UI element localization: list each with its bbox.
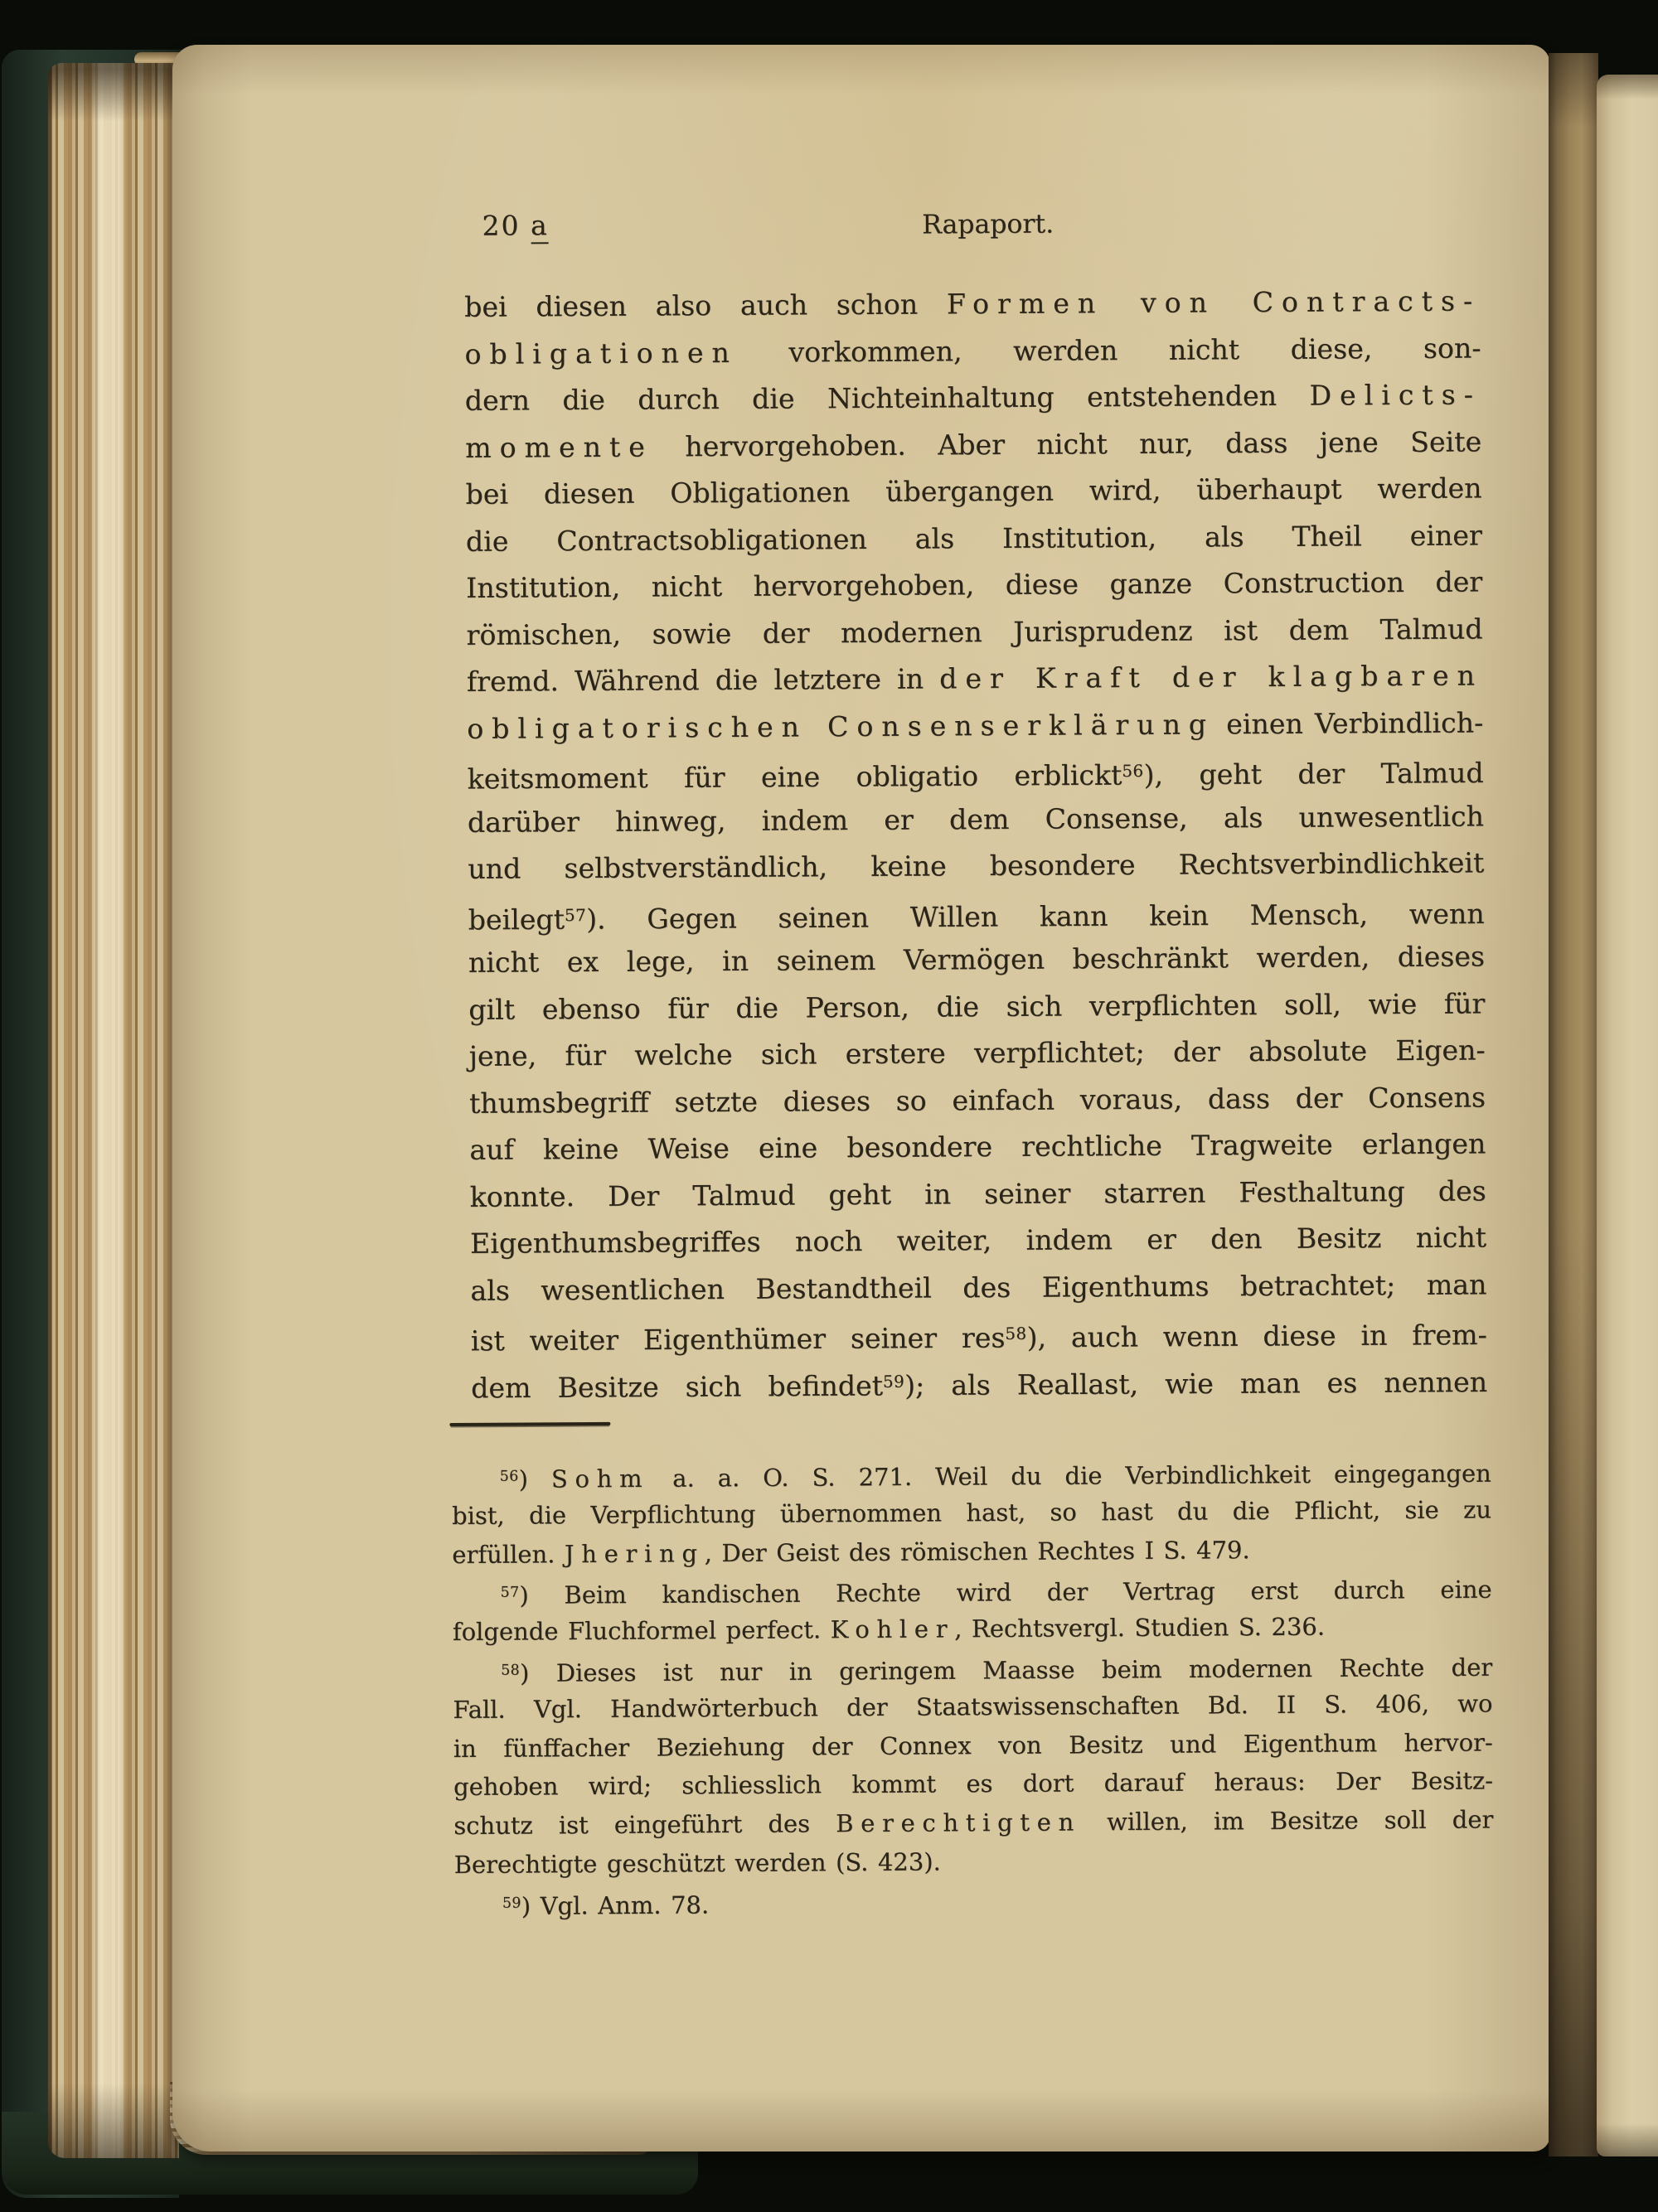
text-segment: gilt ebenso für die Person, die sich ver… <box>468 987 1485 1025</box>
text-segment: schutz ist eingeführt des <box>453 1809 836 1840</box>
text-segment: beilegt <box>468 903 565 936</box>
footnote-line: bist, die Verpflichtung übernommen hast,… <box>452 1490 1491 1535</box>
body-text-line: dern die durch die Nichteinhaltung entst… <box>465 371 1481 424</box>
body-text-line: darüber hinweg, indem er dem Consense, a… <box>468 793 1484 846</box>
page-number: 20 a <box>482 209 548 241</box>
text-segment: fremd. Während die letztere in <box>467 662 940 697</box>
letterspaced-text: der Kraft der klagbaren <box>939 659 1483 695</box>
footnote-ref: 56 <box>1122 762 1143 781</box>
footnote-ref: 57 <box>501 1585 520 1601</box>
text-segment: ); als Reallast, wie man es nennen <box>904 1365 1487 1401</box>
next-page-edge <box>1597 75 1658 2156</box>
footnote-line: 59) Vgl. Anm. 78. <box>454 1878 1494 1923</box>
footnote-ref: 58 <box>1005 1324 1026 1343</box>
text-segment: dem Besitze sich befindet <box>471 1369 883 1404</box>
text-segment: folgende Fluchformel perfect. <box>453 1615 831 1646</box>
text-segment: vorkommen, werden nicht diese, son- <box>738 332 1481 368</box>
body-text-line: dem Besitze sich befindet59); als Realla… <box>471 1355 1487 1408</box>
body-text-line: bei diesen also auch schon Formen von Co… <box>464 278 1481 331</box>
body-text-line: fremd. Während die letztere in der Kraft… <box>467 652 1483 705</box>
footnote-line: 57) Beim kandischen Rechte wird der Vert… <box>452 1568 1491 1613</box>
text-segment: jene, für welche sich erstere verpflicht… <box>469 1033 1486 1072</box>
text-segment: ist weiter Eigenthümer seiner res <box>471 1321 1006 1357</box>
body-text-line: und selbstverständlich, keine besondere … <box>468 840 1484 893</box>
letterspaced-text: Kohler <box>831 1615 955 1644</box>
body-text-line: als wesentlichen Bestandtheil des Eigent… <box>470 1261 1486 1314</box>
footnote-line: Berechtigte geschützt werden (S. 423). <box>454 1839 1494 1884</box>
text-segment: a. a. O. S. 271. Weil du die Verbindlich… <box>649 1459 1491 1493</box>
running-title: Rapaport. <box>922 210 1054 240</box>
footnote-line: erfüllen. Jhering, Der Geist des römisch… <box>452 1529 1491 1574</box>
footnote-line: Fall. Vgl. Handwörterbuch der Staatswiss… <box>453 1684 1492 1729</box>
body-text-line: momente hervorgehoben. Aber nicht nur, d… <box>465 419 1481 472</box>
letterspaced-text: Formen von Contracts- <box>947 284 1481 320</box>
letterspaced-text: momente <box>465 430 653 463</box>
text-segment: römischen, sowie der modernen Jurisprude… <box>466 612 1482 651</box>
text-segment: thumsbegriff setzte dieses so einfach vo… <box>469 1081 1486 1119</box>
text-segment: keitsmoment für eine obligatio erblickt <box>468 759 1122 796</box>
text-segment: Institution, nicht hervorgehoben, diese … <box>466 565 1482 603</box>
text-segment: Berechtigte geschützt werden (S. 423). <box>454 1847 941 1879</box>
body-text-line: gilt ebenso für die Person, die sich ver… <box>468 980 1485 1033</box>
body-text-line: beilegt57). Gegen seinen Willen kann kei… <box>468 887 1484 940</box>
body-text-line: obligationen vorkommen, werden nicht die… <box>464 325 1481 378</box>
text-segment: , Der Geist des römischen Rechtes I S. 4… <box>705 1536 1250 1567</box>
letterspaced-text: Jhering <box>565 1539 705 1568</box>
text-segment: die Contractsobligationen als Institutio… <box>466 519 1482 557</box>
footnote-line: schutz ist eingeführt des Berechtigten w… <box>453 1801 1493 1846</box>
letterspaced-text: obligationen <box>464 336 738 370</box>
text-segment: in fünffacher Beziehung der Connex von B… <box>453 1728 1493 1763</box>
text-segment: konnte. Der Talmud geht in seiner starre… <box>470 1174 1486 1212</box>
book-gutter <box>1549 53 1598 2156</box>
text-segment: willen, im Besitze soll der <box>1081 1806 1494 1837</box>
footnote-line: 58) Dieses ist nur in geringem Maasse be… <box>453 1645 1492 1690</box>
body-text-line: auf keine Weise eine besondere rechtlich… <box>469 1121 1486 1174</box>
footnote-ref: 57 <box>565 906 586 925</box>
text-segment: , Rechtsvergl. Studien S. 236. <box>954 1613 1325 1643</box>
footnote-line: 56) Sohm a. a. O. S. 271. Weil du die Ve… <box>452 1451 1491 1496</box>
text-segment: ) <box>519 1465 552 1493</box>
text-segment: bist, die Verpflichtung übernommen hast,… <box>452 1495 1491 1530</box>
text-segment: auf keine Weise eine besondere rechtlich… <box>469 1127 1486 1165</box>
letterspaced-text: Delicts- <box>1309 378 1481 411</box>
footnote-ref: 58 <box>501 1663 520 1679</box>
text-segment: ), auch wenn diese in frem- <box>1026 1319 1486 1353</box>
body-text-line: Institution, nicht hervorgehoben, diese … <box>466 559 1482 612</box>
letterspaced-text: obligatorischen Consenserklärung <box>467 708 1214 745</box>
page-content: 20 a Rapaport. bei diesen also auch scho… <box>166 41 1556 2156</box>
body-text-line: obligatorischen Consenserklärung einen V… <box>467 699 1483 753</box>
body-text-line: thumsbegriff setzte dieses so einfach vo… <box>469 1074 1486 1127</box>
body-text-line: römischen, sowie der modernen Jurisprude… <box>466 606 1482 659</box>
text-segment: Fall. Vgl. Handwörterbuch der Staatswiss… <box>453 1689 1492 1724</box>
body-text-line: bei diesen Obligationen übergangen wird,… <box>465 465 1481 518</box>
body-text-line: konnte. Der Talmud geht in seiner starre… <box>470 1168 1486 1221</box>
text-segment: ). Gegen seinen Willen kann kein Mensch,… <box>586 897 1485 935</box>
footnote-ref: 56 <box>500 1469 519 1485</box>
text-segment: nicht ex lege, in seinem Vermögen beschr… <box>468 940 1485 978</box>
text-segment: ), geht der Talmud <box>1143 757 1483 791</box>
page-stack-left-edges <box>48 63 179 2158</box>
text-segment <box>520 209 531 241</box>
text-segment: ) Beim kandischen Rechte wird der Vertra… <box>519 1576 1491 1609</box>
footnote-separator <box>449 1422 610 1426</box>
body-text: bei diesen also auch schon Formen von Co… <box>464 278 1487 1407</box>
footnote-ref: 59 <box>502 1895 521 1911</box>
text-segment: hervorgehoben. Aber nicht nur, dass jene… <box>653 425 1482 462</box>
text-segment: erfüllen. <box>452 1540 565 1569</box>
text-segment: gehoben wird; schliesslich kommt es dort… <box>453 1767 1493 1802</box>
letterspaced-text: Sohm <box>551 1464 650 1493</box>
text-segment: Eigenthumsbegriffes noch weiter, indem e… <box>470 1221 1486 1259</box>
body-text-line: ist weiter Eigenthümer seiner res58), au… <box>471 1308 1487 1361</box>
text-segment: ) Vgl. Anm. 78. <box>521 1890 710 1919</box>
body-text-line: die Contractsobligationen als Institutio… <box>466 512 1482 565</box>
body-text-line: keitsmoment für eine obligatio erblickt5… <box>467 746 1483 799</box>
text-segment: bei diesen also auch schon <box>464 288 947 323</box>
book-scan-photo: 20 a Rapaport. bei diesen also auch scho… <box>0 0 1658 2212</box>
page-header: 20 a Rapaport. <box>463 203 1480 259</box>
footnotes: 56) Sohm a. a. O. S. 271. Weil du die Ve… <box>452 1451 1494 1923</box>
text-segment: als wesentlichen Bestandtheil des Eigent… <box>470 1268 1486 1306</box>
text-segment: und selbstverständlich, keine besondere … <box>468 846 1484 884</box>
body-text-line: jene, für welche sich erstere verpflicht… <box>469 1027 1486 1080</box>
text-segment: ) Dieses ist nur in geringem Maasse beim… <box>520 1653 1492 1687</box>
text-segment: 20 <box>482 209 520 241</box>
text-segment: einen Verbindlich- <box>1214 706 1483 740</box>
text-segment: a <box>531 209 549 244</box>
text-segment: darüber hinweg, indem er dem Consense, a… <box>468 800 1484 838</box>
footnote-line: in fünffacher Beziehung der Connex von B… <box>453 1723 1493 1768</box>
text-segment: dern die durch die Nichteinhaltung entst… <box>465 380 1310 417</box>
footnote-line: gehoben wird; schliesslich kommt es dort… <box>453 1762 1493 1807</box>
body-text-line: Eigenthumsbegriffes noch weiter, indem e… <box>470 1214 1486 1267</box>
body-text-line: nicht ex lege, in seinem Vermögen beschr… <box>468 933 1485 986</box>
letterspaced-text: Berechtigten <box>836 1808 1081 1838</box>
footnote-line: folgende Fluchformel perfect. Kohler, Re… <box>453 1607 1492 1652</box>
book-page: 20 a Rapaport. bei diesen also auch scho… <box>172 45 1550 2151</box>
footnote-ref: 59 <box>883 1372 904 1391</box>
text-segment: bei diesen Obligationen übergangen wird,… <box>465 472 1481 510</box>
